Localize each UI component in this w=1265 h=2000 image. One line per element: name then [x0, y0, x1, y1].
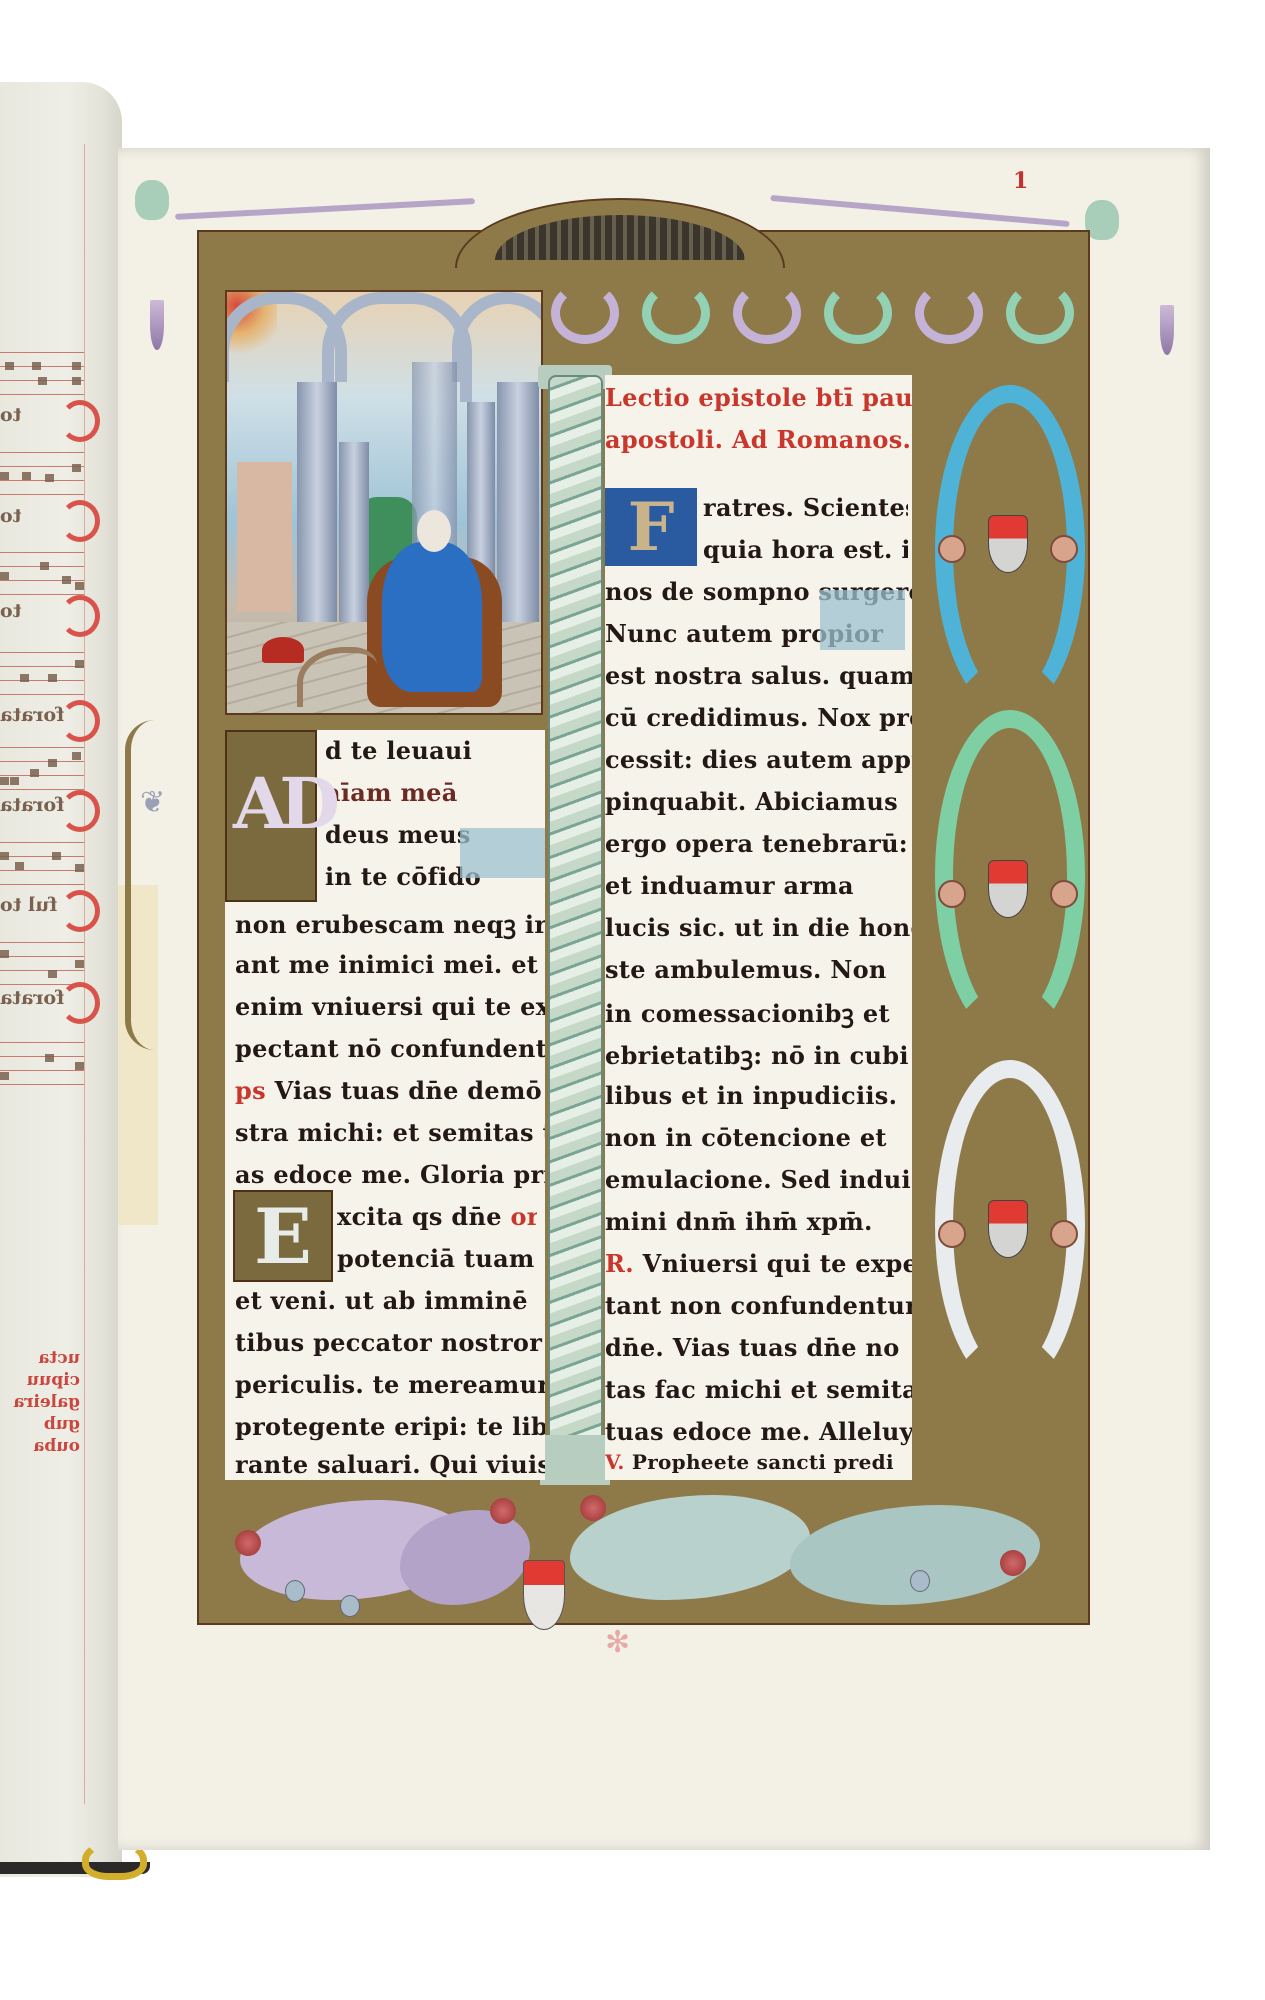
text-line: ste ambulemus. Non: [605, 955, 912, 984]
putto-figure-right: [1085, 200, 1119, 240]
text-span: dn̄e. Vias tuas dn̄e no: [605, 1333, 900, 1362]
text-line: periculis. te mereamur: [225, 1370, 545, 1399]
red-initial-O: [60, 790, 100, 832]
crown: [262, 637, 304, 663]
pomegranate: [580, 1495, 606, 1521]
red-initial-O: [60, 595, 100, 637]
red-initial-O: [60, 400, 100, 442]
stone-column: [297, 382, 337, 652]
acanthus-ring: [733, 282, 801, 344]
text-line: cū credidimus. Nox pre: [605, 703, 912, 732]
coat-of-arms-bottom: [523, 1560, 565, 1630]
text-line: ebrietatibꝫ: nō in cubi: [605, 1039, 912, 1072]
text-line: xcita qs dn̄e oro.: [337, 1202, 537, 1231]
text-line: libus et in inpudiciis.: [605, 1081, 912, 1110]
blue-line-filler: [820, 590, 905, 650]
acanthus-ring: [551, 282, 619, 344]
text-line: et veni. ut ab imminē: [225, 1286, 545, 1315]
red-initial-O: [60, 890, 100, 932]
text-line: cessit: dies autem appro: [605, 745, 912, 774]
text-line: tant non confundentur: [605, 1291, 912, 1320]
text-line: est nostra salus. quam: [605, 661, 912, 690]
acanthus-ring: [824, 282, 892, 344]
text-span: Vias tuas dn̄e demō: [275, 1076, 542, 1105]
knot: [938, 1220, 966, 1248]
putto-figure-left: [135, 180, 169, 220]
ruling-line: [84, 144, 85, 1804]
text-line: dn̄e. Vias tuas dn̄e no: [605, 1333, 912, 1362]
text-line: quia hora est. iā: [703, 535, 908, 564]
bottom-border-panel: [210, 1490, 1080, 1615]
initial-letters: AD: [233, 762, 332, 845]
text-line: rante saluari. Qui viuis: [225, 1450, 545, 1479]
text-line: in comessacionibꝫ et: [605, 997, 912, 1030]
rubric-text-mirrored: ucta cipuu galeira gub ouba: [0, 1347, 80, 1457]
twisted-column: [548, 375, 603, 1475]
rubric-line: cipuu: [0, 1369, 80, 1391]
pomegranate: [1000, 1550, 1026, 1576]
blue-line-filler: [460, 828, 545, 878]
psalm-marker: ps: [235, 1076, 266, 1105]
margin-flourish-ornament: ❦: [140, 785, 165, 820]
red-initial-O: [60, 500, 100, 542]
left-margin-flourish: [125, 720, 160, 1050]
text-line: V. Propheete sancti predi: [605, 1450, 912, 1474]
decorated-initial-F: F: [605, 488, 697, 566]
rubric-line: ucta: [0, 1347, 80, 1369]
knot: [938, 880, 966, 908]
column-base: [540, 1435, 610, 1485]
knot: [1050, 880, 1078, 908]
text-line: ratres. Scientes: [703, 493, 908, 522]
rubric-line: gub: [0, 1413, 80, 1435]
tassel-right: [1160, 305, 1174, 355]
pomegranate: [490, 1498, 516, 1524]
coat-of-arms: [988, 860, 1028, 918]
vault-arch: [452, 292, 543, 382]
text-line: emulacione. Sed indui: [605, 1165, 912, 1194]
tassel-left: [150, 300, 164, 350]
rubric-line: galeira: [0, 1391, 80, 1413]
versicle-marker: V.: [605, 1450, 625, 1474]
red-initial-O: [60, 982, 100, 1024]
poppy-pod: [910, 1570, 930, 1592]
text-line: d te leuaui: [325, 736, 535, 765]
acanthus-ring: [642, 282, 710, 344]
text-line: ant me inimici mei. et: [225, 950, 545, 979]
text-line: potenciā tuam: [337, 1244, 537, 1273]
text-line: tibus peccator nostror: [225, 1328, 545, 1357]
pink-flourish-ornament: ✻: [605, 1625, 630, 1660]
red-initial-O: [60, 700, 100, 742]
greygreen-acanthus-scroll: [570, 1495, 810, 1600]
text-line: lucis sic. ut in die hone: [605, 913, 912, 942]
text-line: tas fac michi et semitas: [605, 1375, 912, 1404]
castle: [237, 462, 292, 612]
right-border-panel: [930, 360, 1090, 1480]
stone-column: [497, 382, 539, 652]
text-line: aīam meā: [325, 778, 535, 807]
miniature-king-david: [225, 290, 543, 715]
acanthus-ring: [1006, 282, 1074, 344]
text-line: ps Vias tuas dn̄e demō: [225, 1076, 545, 1105]
text-line: non in cōtencione et: [605, 1123, 912, 1152]
text-line: non erubescam neqꝫ irrid: [225, 908, 545, 941]
stone-column: [339, 442, 369, 642]
coat-of-arms: [988, 515, 1028, 573]
acanthus-frieze: [540, 270, 1085, 355]
text-line: as edoce me. Gloria pri.: [225, 1160, 545, 1189]
pomegranate: [235, 1530, 261, 1556]
text-line: et induamur arma: [605, 871, 912, 900]
text-span: Vniuersi qui te expec: [643, 1249, 912, 1278]
rubric-line: ouba: [0, 1435, 80, 1457]
left-page: to to to forata forata ful to forata uct: [0, 82, 122, 1877]
decorated-initial-E: E: [233, 1190, 333, 1282]
text-line: pinquabit. Abiciamus: [605, 787, 912, 816]
knot: [1050, 1220, 1078, 1248]
text-line: protegente eripi: te libe: [225, 1412, 545, 1441]
folio-number: 1: [1013, 168, 1028, 194]
text-line: tuas edoce me. Alleluya.: [605, 1417, 912, 1446]
text-span: xcita qs dn̄e: [337, 1202, 502, 1231]
reading-title: apostoli. Ad Romanos.: [605, 425, 912, 454]
poppy-pod: [285, 1580, 305, 1602]
king-head: [417, 510, 451, 552]
text-line: enim vniuersi qui te ex: [225, 992, 545, 1021]
king-blue-robe: [382, 542, 482, 692]
knot: [938, 535, 966, 563]
oratio-marker: oro.: [510, 1202, 537, 1231]
poppy-pod: [340, 1595, 360, 1617]
coat-of-arms: [988, 1200, 1028, 1258]
acanthus-ring: [915, 282, 983, 344]
responsory-marker: R.: [605, 1249, 634, 1278]
text-span: Propheete sancti predi: [632, 1450, 894, 1474]
text-line: mini dnm̄ ihm̄ xpm̄.: [605, 1207, 912, 1236]
text-line: stra michi: et semitas tu: [225, 1118, 545, 1147]
text-line: ergo opera tenebrarū:: [605, 829, 912, 858]
text-line: R. Vniuersi qui te expec: [605, 1249, 912, 1278]
knot: [1050, 535, 1078, 563]
reading-title: Lectio epistole btī pauli: [605, 383, 912, 412]
text-line: pectant nō confundentur: [225, 1034, 545, 1063]
decorated-initial-AD: AD: [225, 730, 317, 902]
